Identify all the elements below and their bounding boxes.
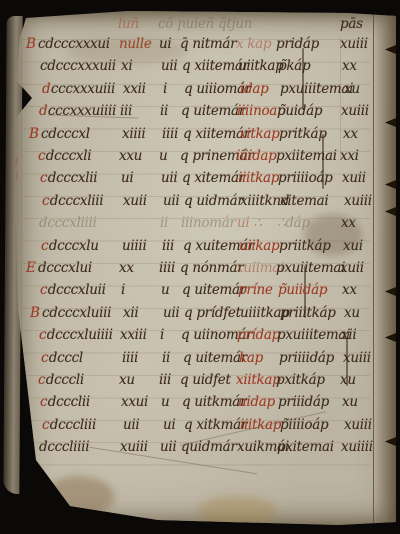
terminus: q nónmár: [180, 260, 243, 276]
table-row: cdcccliiiiiiq uitemárkappriiiidápxuiii: [29, 350, 389, 370]
epact: nulle: [119, 36, 152, 52]
year-roman: cdcccxli: [38, 148, 91, 164]
easter-date-2: pxuiiitemai: [280, 81, 353, 97]
table-row: cdcccxxxuiixiuiiq xiitemáruiitkapp̃kápxx: [28, 58, 388, 78]
leap-indicator: B: [26, 36, 36, 52]
header-label: pās: [340, 16, 363, 32]
easter-date-2: pridáp: [276, 36, 319, 52]
easter-date: uiitkap: [238, 58, 284, 74]
easter-date-2: pxuiitemai: [276, 260, 345, 276]
easter-date-2: pxitkáp: [276, 372, 325, 388]
leap-indicator: B: [29, 126, 39, 142]
terminus: quidmár: [181, 439, 237, 455]
luna: xuii: [342, 170, 366, 186]
luna: xuiiii: [341, 439, 373, 455]
easter-date-2: ∴dáp: [277, 215, 310, 231]
table-header-row: luñcō ꞃuieñq̃tjunpās: [28, 16, 388, 36]
terminus: q uitkmár: [182, 394, 246, 410]
luna: xu: [340, 372, 356, 388]
terminus: q prídfet: [184, 305, 241, 321]
concurrent: iii: [159, 372, 171, 388]
luna: xii: [341, 327, 356, 343]
epact: xuii: [123, 193, 147, 209]
concurrent: u: [159, 148, 167, 164]
terminus: q uitemár: [181, 103, 245, 119]
epact: xu: [119, 372, 135, 388]
header-label: q̃tjun: [218, 16, 252, 32]
year-roman: cdcccliii: [42, 417, 96, 433]
easter-date: x kap: [236, 36, 271, 52]
luna: xuiii: [340, 36, 368, 52]
table-row: cdcccxluuiiiiiiiq xuitemáruiikappriitkáp…: [29, 238, 389, 258]
easter-date-2: p̃uiidáp: [278, 282, 327, 298]
easter-date-2: p̃uidáp: [277, 103, 322, 119]
text-layer: luñcō ꞃuieñq̃tjunpās Bcdcccxxxuinulleuiq…: [8, 8, 396, 526]
easter-date-2: xitemai: [280, 193, 328, 209]
rubric-initial: c: [42, 417, 49, 433]
terminus: q uidfet: [180, 372, 231, 388]
concurrent: i: [163, 81, 167, 97]
easter-date: ui ∴: [237, 215, 262, 231]
table-row: Edcccxluixxiiiiq nónmárxuiimaipxuiitemai…: [26, 260, 386, 280]
easter-date: xitkap: [239, 126, 279, 142]
concurrent: uii: [163, 193, 179, 209]
easter-date-2: pxuiiitemai: [277, 327, 350, 343]
luna: xu: [344, 305, 360, 321]
epact: ui: [121, 170, 133, 186]
easter-date: uidap: [238, 394, 275, 410]
epact: xii: [123, 305, 138, 321]
terminus: q uitemár: [183, 350, 247, 366]
luna: xu: [342, 394, 358, 410]
concurrent: uii: [161, 170, 177, 186]
easter-date: prídap: [237, 327, 280, 343]
luna: xuiii: [344, 417, 372, 433]
luna: xx: [342, 282, 357, 298]
terminus: q xitemár: [182, 170, 245, 186]
table-row: dcccxxxuiiiiiiiiiq uitemáriiiinoapp̃uidá…: [27, 103, 387, 123]
easter-date-2: pritkáp: [279, 126, 327, 142]
table-row: cdcccxluiiiixxiiiiq uiinomárprídappxuiii…: [27, 327, 387, 347]
terminus: q̄ nitmár: [180, 36, 236, 52]
year-roman: cdcccl: [41, 350, 83, 366]
easter-date: kap: [239, 350, 263, 366]
luna: xuiii: [341, 103, 369, 119]
terminus: q uidmár: [184, 193, 244, 209]
luna: xuii: [340, 260, 364, 276]
easter-date: xiitkap: [236, 372, 280, 388]
rubric-initial: d: [42, 81, 50, 97]
year-roman: cdccclii: [40, 394, 90, 410]
year-roman: cdcccxliii: [42, 193, 103, 209]
table-row: cdcccliixxuiuq uitkmáruidappriiidápxu: [28, 394, 388, 414]
easter-date: iiitkap: [238, 170, 279, 186]
luna: xuiii: [344, 193, 372, 209]
epact: uiiii: [122, 238, 146, 254]
epact: i: [121, 282, 125, 298]
year-roman: cdcccxluiii: [42, 305, 111, 321]
concurrent: u: [161, 282, 169, 298]
epact: xxii: [123, 81, 146, 97]
rubric-initial: c: [41, 238, 48, 254]
epact: xuiii: [120, 439, 148, 455]
table-row: cdcccliiiuiiuiq xitkmáriiitkapp̃iiiioápx…: [30, 417, 390, 437]
table-row: dcccxxxuiiixxiiiq uiiiomáridappxuiiitema…: [30, 81, 390, 101]
year-roman: dcccxliiii: [39, 215, 97, 231]
terminus: q xitkmár: [184, 417, 247, 433]
easter-date: príne: [238, 282, 273, 298]
concurrent: u: [161, 394, 169, 410]
manuscript-photo: luñcō ꞃuieñq̃tjunpās Bcdcccxxxuinulleuiq…: [0, 0, 400, 534]
concurrent: ii: [160, 215, 168, 231]
easter-date: idap: [240, 81, 268, 97]
year-roman: cdcccxluiiii: [39, 327, 113, 343]
easter-date-2: priitkáp: [279, 238, 331, 254]
table-row: cdcccxluiiiuq uitemárprínep̃uiidápxx: [28, 282, 388, 302]
luna: xx: [343, 126, 358, 142]
easter-date-2: pxiitemai: [276, 148, 337, 164]
table-row: cdcccxlixxuuq prinemáriiiidappxiitemaixx…: [26, 148, 386, 168]
year-roman: cdcccxlu: [41, 238, 99, 254]
year-roman: cdcccxxxui: [38, 36, 110, 52]
year-roman: dcccxxxuiii: [42, 81, 115, 97]
rubric-initial: c: [38, 148, 45, 164]
rubric-initial: c: [40, 282, 47, 298]
luna: xu: [344, 81, 360, 97]
terminus: q uitemár: [182, 282, 246, 298]
table-row: Bcdcccxxxuinulleuiq̄ nitmárx kappridápxu…: [26, 36, 386, 56]
luna: xui: [343, 238, 363, 254]
table-row: edcccliiiixuiiiuiiquidmárxuikmáipxitemai…: [27, 439, 387, 459]
luna: xxi: [340, 148, 359, 164]
rubric-initial: c: [38, 372, 45, 388]
epact: uii: [123, 417, 139, 433]
easter-date-2: p̃iiiioáp: [280, 417, 328, 433]
concurrent: ui: [163, 417, 175, 433]
epact: xx: [119, 260, 134, 276]
year-roman: cdcccxxxuii: [40, 58, 116, 74]
epact: xxiii: [120, 327, 147, 343]
concurrent: ui: [159, 36, 171, 52]
easter-date: uiikap: [239, 238, 279, 254]
luna: xx: [342, 58, 357, 74]
epact: iii: [120, 103, 132, 119]
rubric-initial: c: [39, 327, 46, 343]
luna: xx: [341, 215, 356, 231]
year-roman: cdcccxlii: [40, 170, 97, 186]
epact: xi: [121, 58, 132, 74]
epact: iiii: [122, 350, 138, 366]
table-row: cdcccxliiixuiiuiiq uidmárxiiitkndxitemai…: [30, 193, 390, 213]
manuscript-page: luñcō ꞃuieñq̃tjunpās Bcdcccxxxuinulleuiq…: [8, 8, 396, 526]
epact: xxui: [121, 394, 148, 410]
year-roman: cdcccxluii: [40, 282, 106, 298]
header-label: luñ: [118, 16, 139, 32]
easter-date: iiitkap: [240, 417, 281, 433]
year-roman: dcccliiii: [39, 439, 89, 455]
table-row: Bcdcccxlxiiiiiiiiq xiitemárxitkappritkáp…: [29, 126, 389, 146]
concurrent: iiii: [162, 126, 178, 142]
year-roman: dcccxlui: [38, 260, 92, 276]
leap-indicator: e: [27, 439, 35, 455]
concurrent: ii: [160, 103, 168, 119]
concurrent: ii: [162, 350, 170, 366]
luna: xuiii: [343, 350, 371, 366]
header-label: cō ꞃuieñ: [158, 16, 214, 32]
rubric-initial: c: [40, 394, 47, 410]
easter-date-2: priiiidáp: [279, 350, 334, 366]
year-roman: dcccxxxuiiii: [39, 103, 116, 119]
year-roman: cdcccli: [38, 372, 84, 388]
terminus: iiinomár: [181, 215, 236, 231]
concurrent: iii: [162, 238, 174, 254]
easter-date-2: priiiioáp: [278, 170, 332, 186]
leap-indicator: E: [26, 260, 36, 276]
table-row: cdcccxliiuiuiiq xitemáriiitkappriiiioápx…: [28, 170, 388, 190]
rubric-initial: c: [41, 350, 48, 366]
concurrent: uii: [163, 305, 179, 321]
table-row: dcccxliiiiiiiiinomárui ∴∴dápxx: [27, 215, 387, 235]
concurrent: uii: [161, 58, 177, 74]
table-row: cdccclixuiiiq uidfetxiitkappxitkápxu: [26, 372, 386, 392]
year-roman: cdcccxl: [41, 126, 90, 142]
table-row: Bcdcccxluiiixiiuiiq prídfetuiiitkappriii…: [30, 305, 390, 325]
rubric-initial: c: [42, 193, 49, 209]
epact: xiiii: [122, 126, 145, 142]
easter-date-2: pxitemai: [277, 439, 334, 455]
rubric-initial: c: [40, 170, 47, 186]
easter-date-2: p̃káp: [278, 58, 310, 74]
rubric-initial: d: [39, 103, 47, 119]
easter-date: iiiidap: [236, 148, 277, 164]
epact: xxu: [119, 148, 142, 164]
concurrent: iiii: [159, 260, 175, 276]
easter-date-2: priiidáp: [278, 394, 329, 410]
leap-indicator: B: [30, 305, 40, 321]
concurrent: uii: [160, 439, 176, 455]
concurrent: i: [160, 327, 164, 343]
easter-date-2: priiitkáp: [280, 305, 336, 321]
